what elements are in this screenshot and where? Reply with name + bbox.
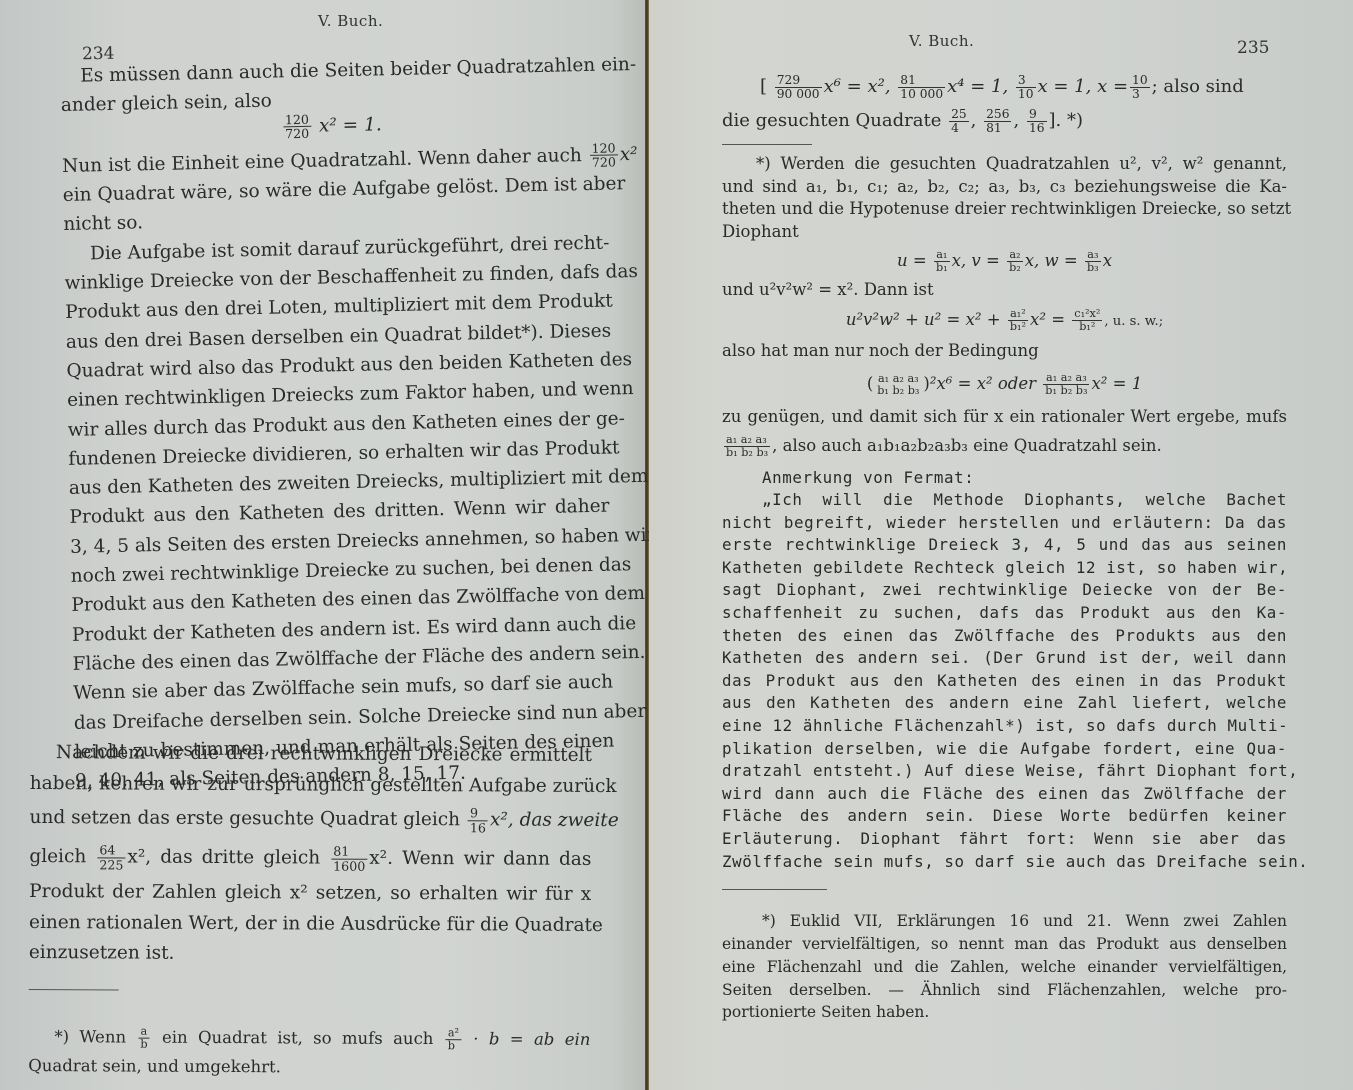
page-number-right: 235 [1237, 38, 1269, 58]
left-body-text: Es müssen dann auch die Seiten beider Qu… [60, 51, 615, 797]
text-line: Nachdem wir die drei rechtwinkligen Drei… [30, 738, 592, 771]
text-line: einzusetzen ist. [29, 938, 591, 971]
footnote-line: Quadrat sein, und umgekehrt. [28, 1053, 590, 1080]
solution-block: [ 72990 000x⁶ = x², 8110 000x⁴ = 1, 310x… [722, 70, 1287, 138]
text-line: gleich 64225x², das dritte gleich 811600… [29, 837, 591, 880]
running-head-left: V. Buch. [318, 12, 383, 30]
equation-line: [ 72990 000x⁶ = x², 8110 000x⁴ = 1, 310x… [722, 70, 1287, 104]
left-lower-text: Nachdem wir die drei rechtwinkligen Drei… [28, 738, 592, 1080]
right-body-text: [ 72990 000x⁶ = x², 8110 000x⁴ = 1, 310x… [722, 70, 1287, 1024]
equation: u = a₁b₁x, v = a₂b₂x, w = a₃b₃x [722, 243, 1287, 279]
equation-line: die gesuchten Quadrate 254, 25681, 916].… [722, 104, 1287, 138]
equation: u²v²w² + u² = x² + a₁²b₁²x² = c₁²x²b₁², … [722, 302, 1287, 340]
footnote-rule [29, 988, 119, 989]
fermat-note: Anmerkung von Fermat: „Ich will die Meth… [722, 467, 1287, 874]
footnote-rule [722, 144, 812, 145]
footnote: *) Wenn ab ein Quadrat ist, so mufs auch… [28, 1019, 590, 1056]
running-head-right: V. Buch. [909, 32, 974, 50]
left-page: V. Buch. 234 Es müssen dann auch die Sei… [0, 0, 645, 1090]
text-line: haben, kehren wir zur ursprünglich geste… [30, 768, 592, 801]
text-line: und setzen das erste gesuchte Quadrat gl… [29, 799, 591, 840]
footnote-rule [722, 889, 827, 890]
footnote-euklid: *) Euklid VII, Erklärungen 16 und 21. We… [722, 910, 1287, 1024]
text-line: einen rationalen Wert, der in die Ausdrü… [29, 907, 591, 940]
footnote-diophant: *) Werden die gesuchten Quadratzahlen u²… [722, 153, 1287, 463]
text-line: Produkt der Zahlen gleich x² setzen, so … [29, 877, 591, 910]
equation: (a₁ a₂ a₃b₁ b₂ b₃)²x⁶ = x² oder a₁ a₂ a₃… [722, 362, 1287, 406]
fermat-heading: Anmerkung von Fermat: [722, 467, 1287, 490]
book-spread: V. Buch. 234 Es müssen dann auch die Sei… [0, 0, 1353, 1090]
